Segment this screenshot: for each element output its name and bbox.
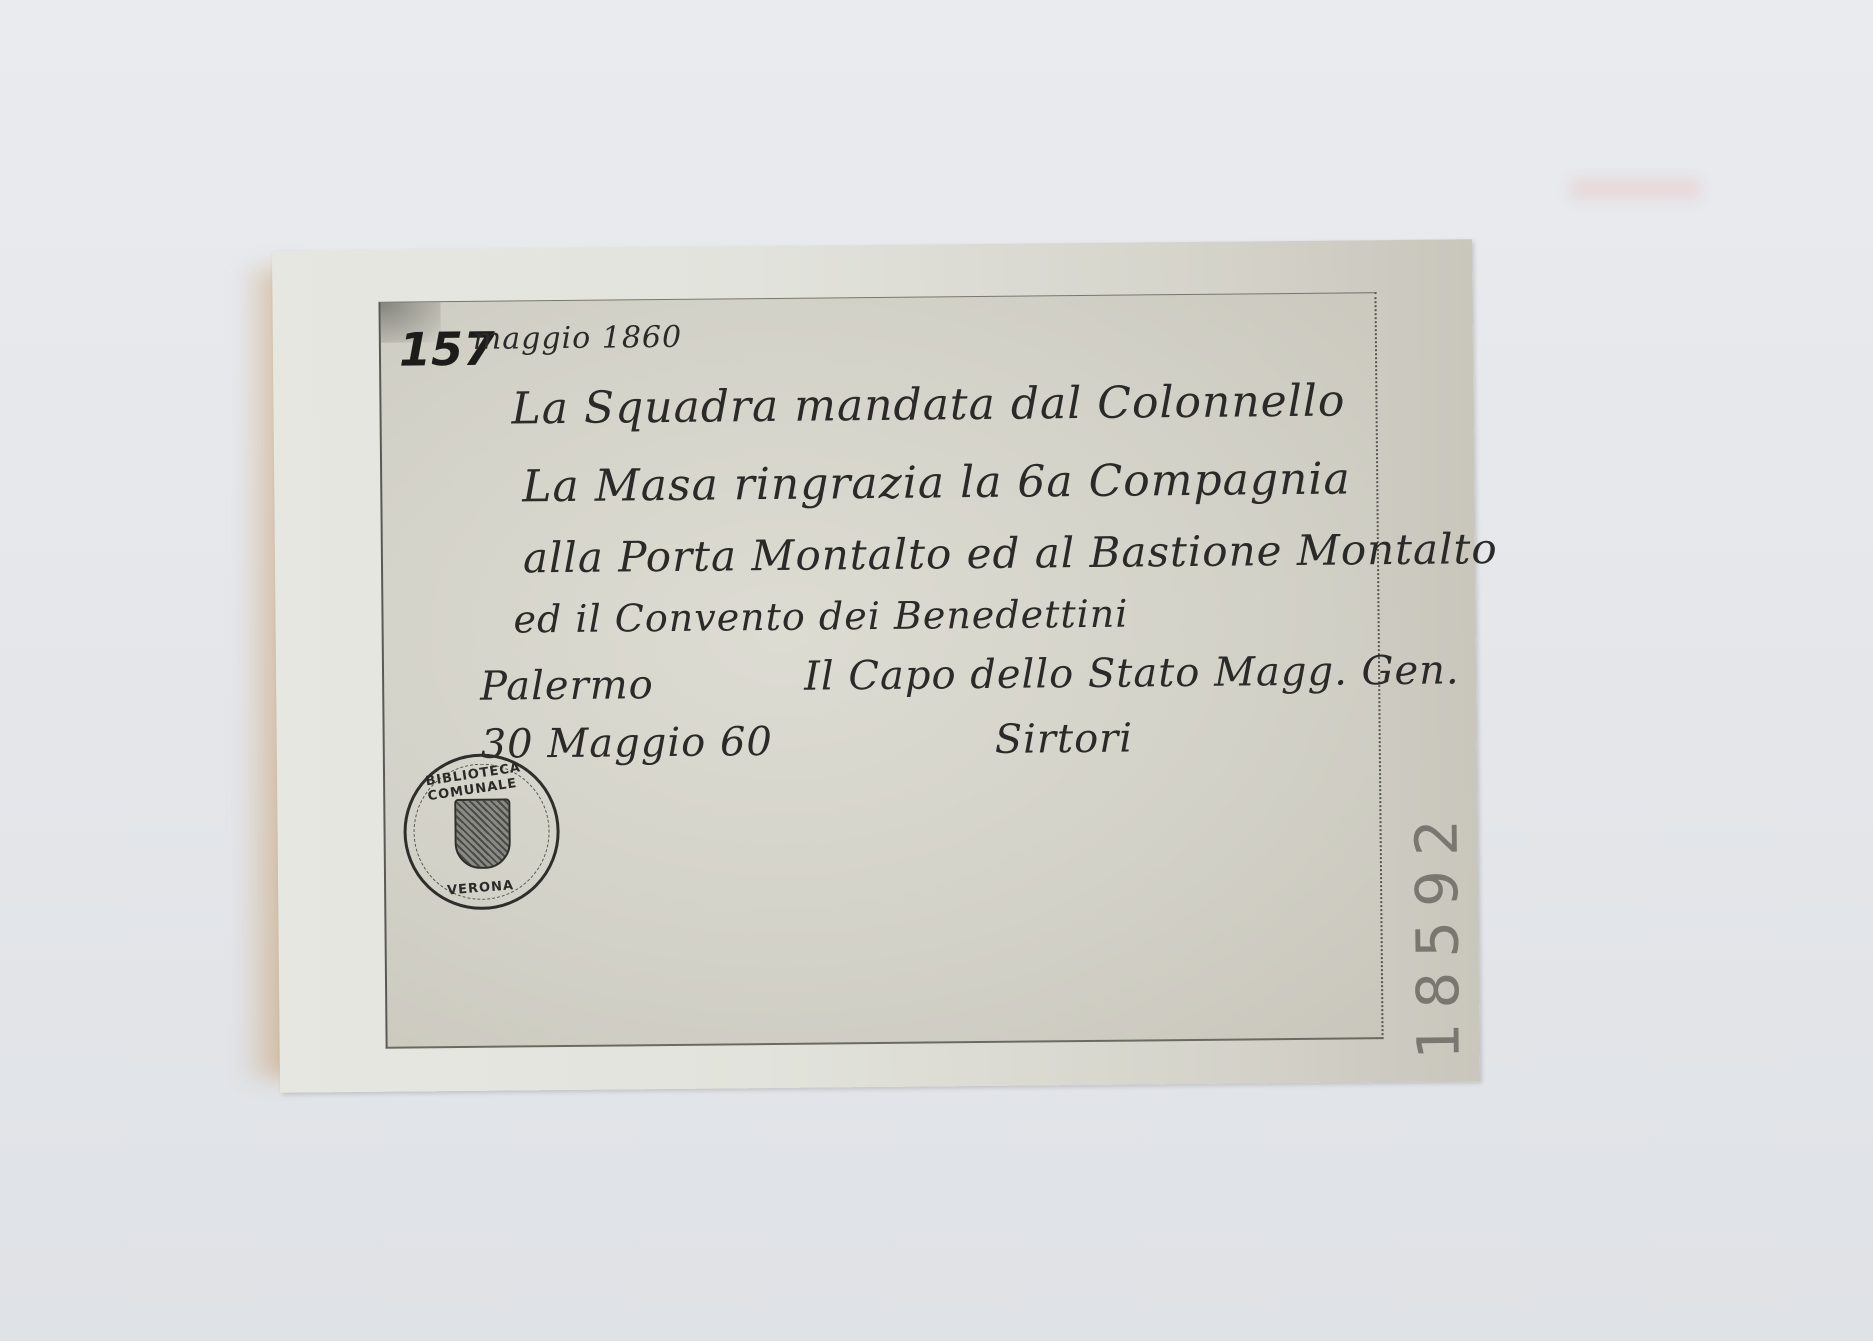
closing-place: Palermo (480, 662, 654, 710)
background-mark (1570, 178, 1700, 200)
signature: Sirtori (994, 716, 1133, 763)
body-line-2: La Masa ringrazia la 6a Compagnia (522, 453, 1351, 512)
body-line-4: ed il Convento dei Benedettini (513, 592, 1128, 642)
library-stamp: BIBLIOTECA COMUNALE VERONA (403, 753, 560, 910)
letter-image: 157 maggio 1860 La Squadra mandata dal C… (378, 292, 1383, 1049)
signatory-title: Il Capo dello Stato Magg. Gen. (804, 647, 1460, 699)
photograph-print: 157 maggio 1860 La Squadra mandata dal C… (272, 239, 1480, 1092)
catalog-number: 18592 (1402, 805, 1472, 1060)
body-line-1: La Squadra mandata dal Colonnello (511, 375, 1345, 434)
shield-icon (454, 799, 511, 870)
body-line-3: alla Porta Montalto ed al Bastione Monta… (523, 524, 1498, 582)
header-date: maggio 1860 (473, 320, 683, 357)
